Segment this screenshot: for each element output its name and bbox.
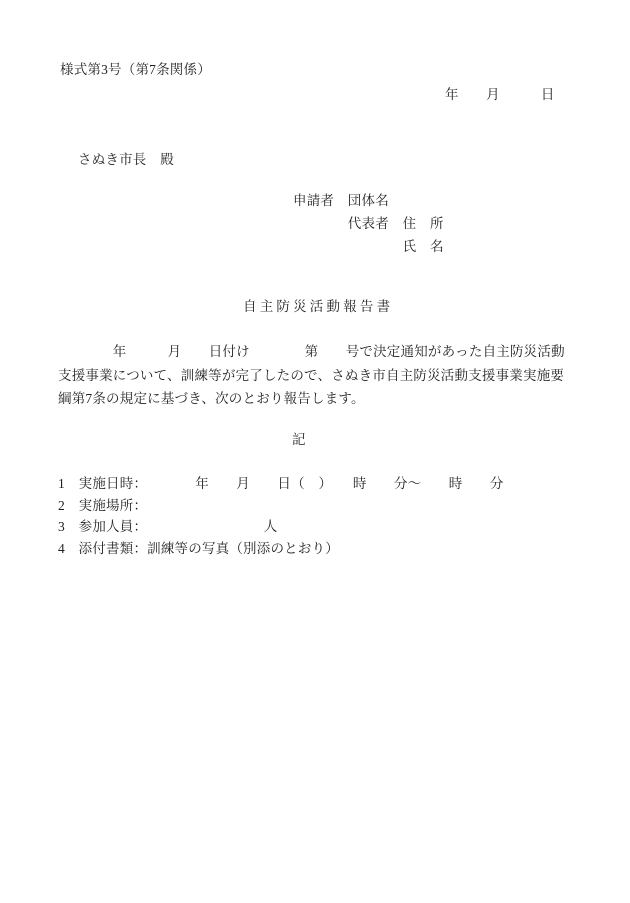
report-form-page: 様式第3号（第7条関係） 年 月 日 さぬき市長 殿 申請者 団体名 代表者 住… (0, 0, 630, 903)
addressee-mayor: さぬき市長 殿 (78, 152, 174, 167)
list-item-participants: 3 参加人員： 人 (58, 519, 277, 534)
body-paragraph-line-2: 支援事業について、訓練等が完了したので、さぬき市自主防災活動支援事業実施要 (58, 368, 564, 383)
record-marker: 記 (292, 432, 306, 447)
list-item-implementation-datetime: 1 実施日時： 年 月 日（ ） 時 分～ 時 分 (58, 476, 504, 491)
body-paragraph-line-3: 綱第7条の規定に基づき、次のとおり報告します。 (58, 391, 365, 406)
applicant-representative-address-line: 代表者 住 所 (293, 216, 444, 231)
date-line: 年 月 日 (445, 87, 555, 102)
applicant-representative-name-line: 氏 名 (293, 239, 444, 254)
list-item-implementation-place: 2 実施場所： (58, 498, 147, 513)
report-title: 自主防災活動報告書 (243, 299, 393, 314)
list-item-attached-documents: 4 添付書類：訓練等の写真（別添のとおり） (58, 541, 339, 556)
applicant-group-name-line: 申請者 団体名 (293, 193, 389, 208)
form-number: 様式第3号（第7条関係） (60, 62, 211, 77)
body-paragraph-line-1: 年 月 日付け 第 号で決定通知があった自主防災活動 (58, 344, 565, 359)
